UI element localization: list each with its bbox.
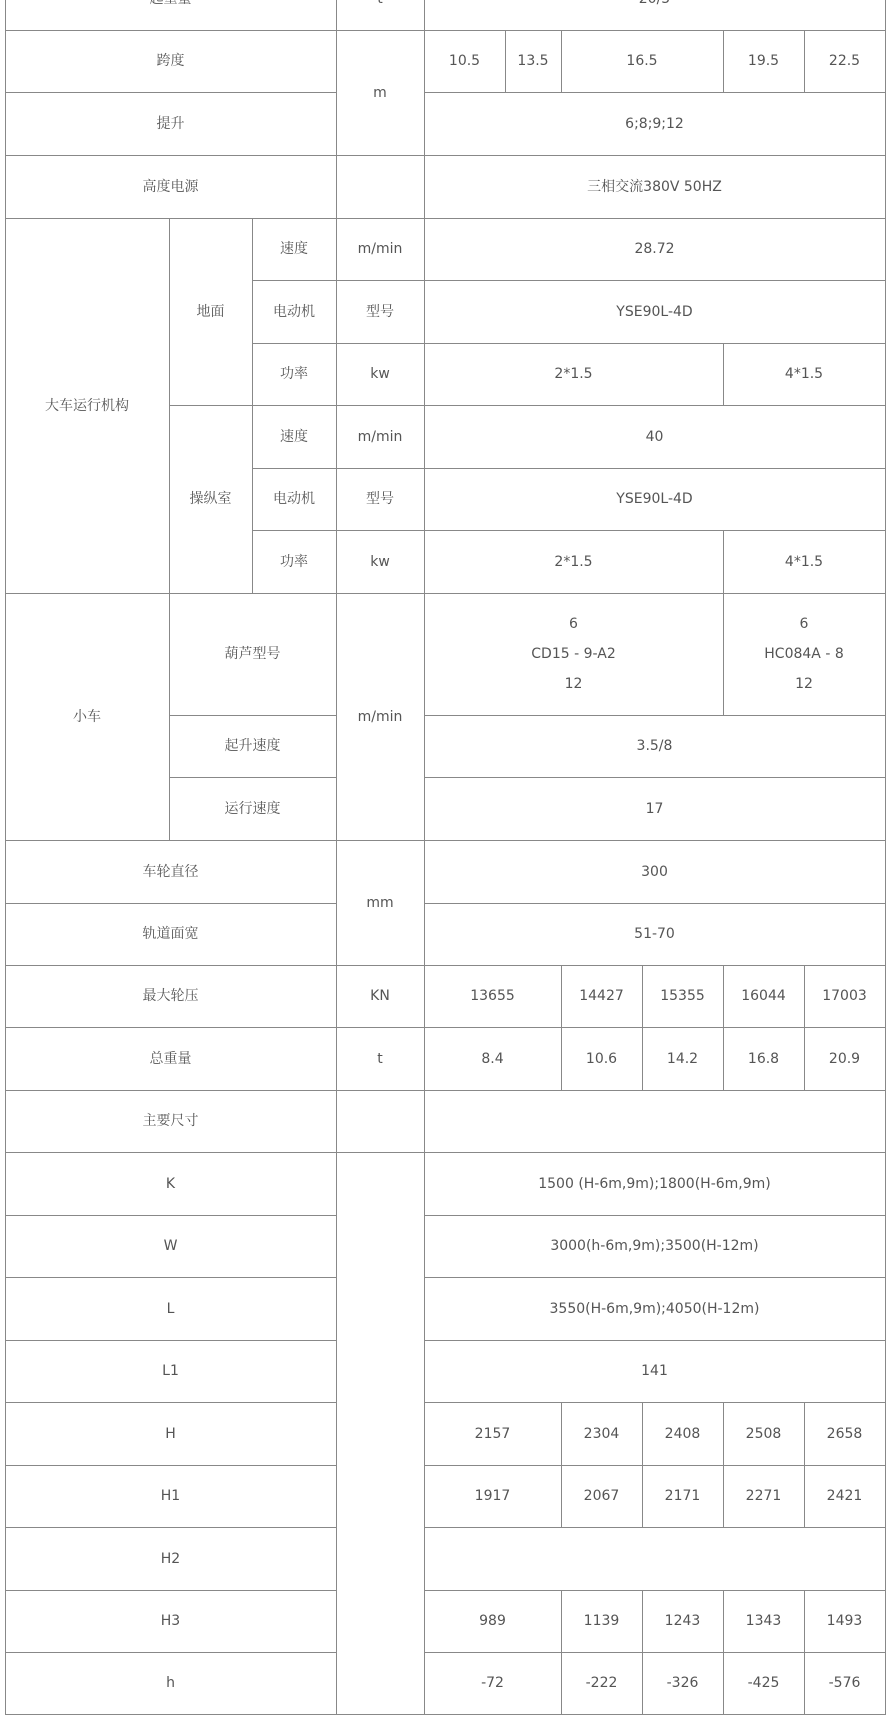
cell-h3-label: H3 bbox=[5, 1590, 337, 1653]
cell-total-weight-label: 总重量 bbox=[5, 1027, 337, 1091]
cell-main-dimensions-unit bbox=[336, 1090, 425, 1153]
cell-max-wheel-load-1: 13655 bbox=[424, 965, 562, 1028]
cell-h3-4: 1343 bbox=[723, 1590, 805, 1653]
cell-ground-speed-label: 速度 bbox=[252, 218, 337, 281]
cell-total-weight-unit: t bbox=[336, 1027, 425, 1091]
cell-h-5: 2658 bbox=[804, 1402, 886, 1466]
cell-span-4: 19.5 bbox=[723, 30, 805, 93]
cell-max-wheel-load-unit: KN bbox=[336, 965, 425, 1028]
cell-h-4: 2508 bbox=[723, 1402, 805, 1466]
cell-total-weight-3: 14.2 bbox=[642, 1027, 724, 1091]
cell-max-wheel-load-4: 16044 bbox=[723, 965, 805, 1028]
cell-w-value: 3000(h-6m,9m);3500(H-12m) bbox=[424, 1215, 886, 1278]
cell-hoisting-speed-label: 起升速度 bbox=[169, 715, 337, 778]
cell-k-label: K bbox=[5, 1152, 337, 1216]
cell-power-label: 高度电源 bbox=[5, 155, 337, 219]
cell-total-weight-4: 16.8 bbox=[723, 1027, 805, 1091]
cell-hoisting-speed-value: 3.5/8 bbox=[424, 715, 886, 778]
cell-cab-power-value-2: 4*1.5 bbox=[723, 530, 886, 594]
cell-small-h-4: -425 bbox=[723, 1652, 805, 1715]
cell-h2-value bbox=[424, 1527, 886, 1591]
cell-trolley-unit: m/min bbox=[336, 593, 425, 841]
cell-cab-speed-unit: m/min bbox=[336, 405, 425, 469]
cell-ground-speed-value: 28.72 bbox=[424, 218, 886, 281]
cell-span-5: 22.5 bbox=[804, 30, 886, 93]
cell-span-height-unit: m bbox=[336, 30, 425, 156]
cell-max-wheel-load-3: 15355 bbox=[642, 965, 724, 1028]
cell-h1-3: 2171 bbox=[642, 1465, 724, 1528]
cell-h1-2: 2067 bbox=[561, 1465, 643, 1528]
cell-ground-motor-label: 电动机 bbox=[252, 280, 337, 344]
cell-small-h-3: -326 bbox=[642, 1652, 724, 1715]
cell-lift-capacity-unit: t bbox=[336, 0, 425, 31]
cell-cab-power-label: 功率 bbox=[252, 530, 337, 594]
crane-spec-table: 起重量t20/5跨度m10.513.516.519.522.5提升6;8;9;1… bbox=[0, 0, 889, 1722]
cell-lift-height-value: 6;8;9;12 bbox=[424, 92, 886, 156]
cell-cab-label: 操纵室 bbox=[169, 405, 253, 594]
cell-h3-5: 1493 bbox=[804, 1590, 886, 1653]
cell-h1-label: H1 bbox=[5, 1465, 337, 1528]
cell-h3-1: 989 bbox=[424, 1590, 562, 1653]
cell-cab-motor-label: 电动机 bbox=[252, 468, 337, 531]
cell-hoist-model-label: 葫芦型号 bbox=[169, 593, 337, 716]
cell-span-3: 16.5 bbox=[561, 30, 724, 93]
cell-rail-width-label: 轨道面宽 bbox=[5, 903, 337, 966]
cell-lift-capacity-value: 20/5 bbox=[424, 0, 886, 31]
cell-ground-label: 地面 bbox=[169, 218, 253, 406]
cell-wheel-rail-unit: mm bbox=[336, 840, 425, 966]
cell-max-wheel-load-5: 17003 bbox=[804, 965, 886, 1028]
cell-h-3: 2408 bbox=[642, 1402, 724, 1466]
cell-span-2: 13.5 bbox=[505, 30, 562, 93]
cell-h-label: H bbox=[5, 1402, 337, 1466]
cell-span-1: 10.5 bbox=[424, 30, 506, 93]
cell-main-dimensions-label: 主要尺寸 bbox=[5, 1090, 337, 1153]
cell-cab-motor-value: YSE90L-4D bbox=[424, 468, 886, 531]
cell-main-dimensions-value bbox=[424, 1090, 886, 1153]
cell-h-2: 2304 bbox=[561, 1402, 643, 1466]
cell-trolley-label: 小车 bbox=[5, 593, 170, 841]
cell-ground-speed-unit: m/min bbox=[336, 218, 425, 281]
cell-cab-speed-value: 40 bbox=[424, 405, 886, 469]
cell-cab-power-value-1: 2*1.5 bbox=[424, 530, 724, 594]
cell-lift-height-label: 提升 bbox=[5, 92, 337, 156]
cell-ground-power-unit: kw bbox=[336, 343, 425, 406]
cell-max-wheel-load-2: 14427 bbox=[561, 965, 643, 1028]
cell-power-unit bbox=[336, 155, 425, 219]
cell-small-h-5: -576 bbox=[804, 1652, 886, 1715]
cell-ground-power-value-2: 4*1.5 bbox=[723, 343, 886, 406]
cell-total-weight-1: 8.4 bbox=[424, 1027, 562, 1091]
cell-h3-2: 1139 bbox=[561, 1590, 643, 1653]
cell-power-value: 三相交流380V 50HZ bbox=[424, 155, 886, 219]
cell-travel-speed-value: 17 bbox=[424, 777, 886, 841]
cell-ground-power-value-1: 2*1.5 bbox=[424, 343, 724, 406]
cell-total-weight-2: 10.6 bbox=[561, 1027, 643, 1091]
cell-k-value: 1500 (H-6m,9m);1800(H-6m,9m) bbox=[424, 1152, 886, 1216]
cell-hoist-model-value-1: 6 CD15 - 9-A2 12 bbox=[424, 593, 724, 716]
cell-cab-motor-unit: 型号 bbox=[336, 468, 425, 531]
cell-cab-speed-label: 速度 bbox=[252, 405, 337, 469]
cell-ground-power-label: 功率 bbox=[252, 343, 337, 406]
cell-hoist-model-value-2: 6 HC084A - 8 12 bbox=[723, 593, 886, 716]
cell-travel-speed-label: 运行速度 bbox=[169, 777, 337, 841]
cell-h-1: 2157 bbox=[424, 1402, 562, 1466]
cell-wheel-diameter-value: 300 bbox=[424, 840, 886, 904]
cell-span-label: 跨度 bbox=[5, 30, 337, 93]
cell-l-value: 3550(H-6m,9m);4050(H-12m) bbox=[424, 1277, 886, 1341]
cell-dim-unit-merged bbox=[336, 1152, 425, 1715]
cell-cab-power-unit: kw bbox=[336, 530, 425, 594]
cell-h2-label: H2 bbox=[5, 1527, 337, 1591]
cell-h1-5: 2421 bbox=[804, 1465, 886, 1528]
cell-crane-travel-label: 大车运行机构 bbox=[5, 218, 170, 594]
cell-small-h-2: -222 bbox=[561, 1652, 643, 1715]
cell-h1-4: 2271 bbox=[723, 1465, 805, 1528]
cell-ground-motor-value: YSE90L-4D bbox=[424, 280, 886, 344]
cell-l1-label: L1 bbox=[5, 1340, 337, 1403]
cell-rail-width-value: 51-70 bbox=[424, 903, 886, 966]
cell-lift-capacity-label: 起重量 bbox=[5, 0, 337, 31]
cell-h3-3: 1243 bbox=[642, 1590, 724, 1653]
cell-total-weight-5: 20.9 bbox=[804, 1027, 886, 1091]
cell-max-wheel-load-label: 最大轮压 bbox=[5, 965, 337, 1028]
cell-ground-motor-unit: 型号 bbox=[336, 280, 425, 344]
cell-l-label: L bbox=[5, 1277, 337, 1341]
cell-small-h-label: h bbox=[5, 1652, 337, 1715]
cell-h1-1: 1917 bbox=[424, 1465, 562, 1528]
cell-small-h-1: -72 bbox=[424, 1652, 562, 1715]
cell-w-label: W bbox=[5, 1215, 337, 1278]
cell-wheel-diameter-label: 车轮直径 bbox=[5, 840, 337, 904]
cell-l1-value: 141 bbox=[424, 1340, 886, 1403]
